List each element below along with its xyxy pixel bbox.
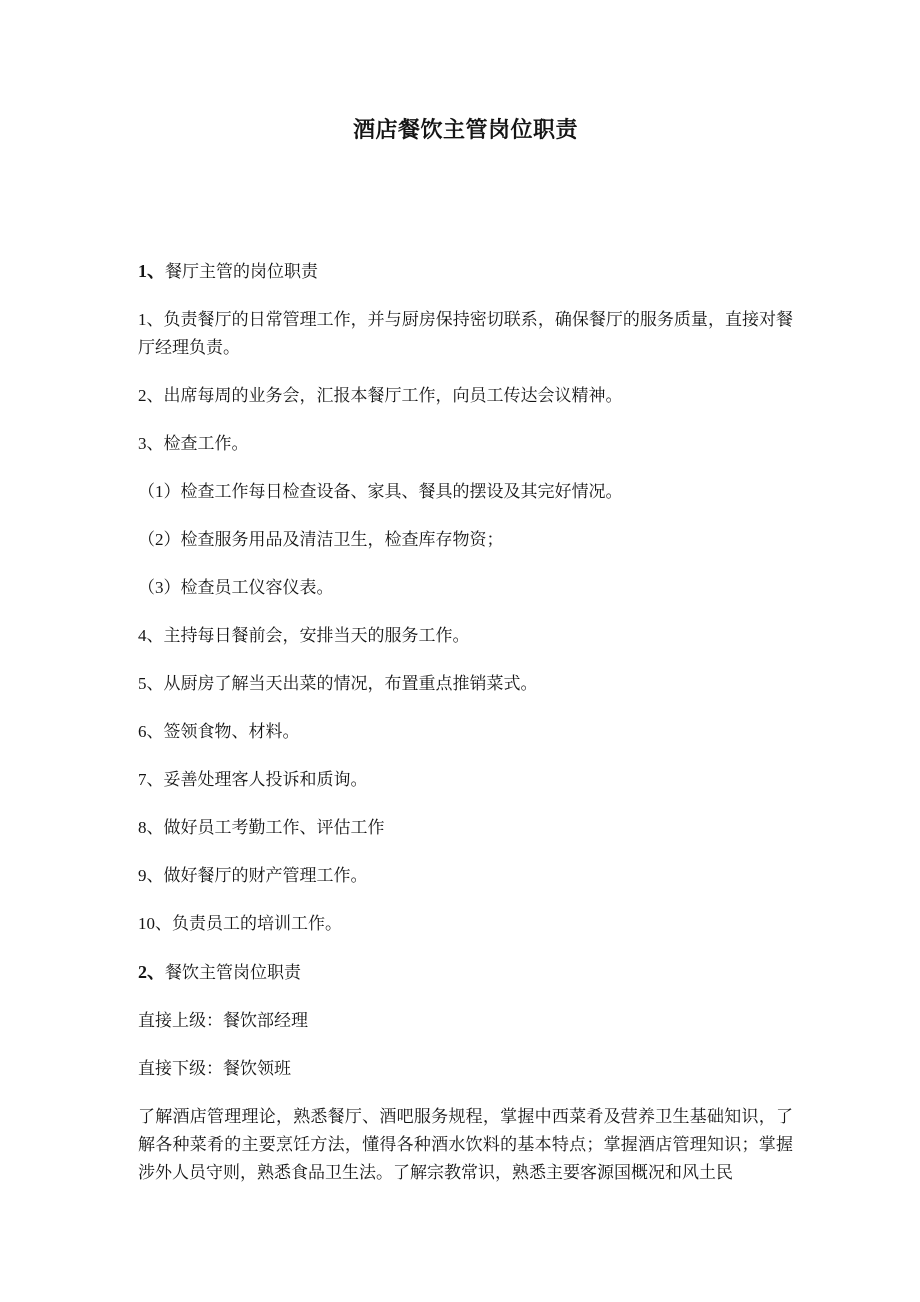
- document-title: 酒店餐饮主管岗位职责: [138, 0, 793, 145]
- paragraph: 直接下级：餐饮领班: [138, 1055, 793, 1083]
- paragraph: 10、负责员工的培训工作。: [138, 910, 793, 938]
- paragraph: 直接上级：餐饮部经理: [138, 1007, 793, 1035]
- section-1-heading-text: 餐厅主管的岗位职责: [165, 262, 318, 281]
- section-2-heading-text: 餐饮主管岗位职责: [165, 963, 301, 982]
- section-2-heading-number: 2、: [138, 962, 165, 982]
- paragraph: 4、主持每日餐前会，安排当天的服务工作。: [138, 622, 793, 650]
- paragraph: 5、从厨房了解当天出菜的情况，布置重点推销菜式。: [138, 670, 793, 698]
- paragraph: 9、做好餐厅的财产管理工作。: [138, 862, 793, 890]
- paragraph: （1）检查工作每日检查设备、家具、餐具的摆设及其完好情况。: [138, 478, 793, 506]
- section-catering-supervisor: 2、餐饮主管岗位职责 直接上级：餐饮部经理 直接下级：餐饮领班 了解酒店管理理论…: [138, 958, 793, 1187]
- section-1-heading-number: 1、: [138, 261, 165, 281]
- section-1-heading: 1、餐厅主管的岗位职责: [138, 257, 793, 286]
- paragraph: 7、妥善处理客人投诉和质询。: [138, 766, 793, 794]
- paragraph: （2）检查服务用品及清洁卫生，检查库存物资；: [138, 526, 793, 554]
- paragraph: 2、出席每周的业务会，汇报本餐厅工作，向员工传达会议精神。: [138, 382, 793, 410]
- paragraph: （3）检查员工仪容仪表。: [138, 574, 793, 602]
- paragraph: 8、做好员工考勤工作、评估工作: [138, 814, 793, 842]
- paragraph: 了解酒店管理理论，熟悉餐厅、酒吧服务规程，掌握中西菜肴及营养卫生基础知识，了解各…: [138, 1103, 793, 1187]
- section-restaurant-supervisor: 1、餐厅主管的岗位职责 1、负责餐厅的日常管理工作，并与厨房保持密切联系，确保餐…: [138, 257, 793, 938]
- section-2-heading: 2、餐饮主管岗位职责: [138, 958, 793, 987]
- title-spacer: [138, 145, 793, 257]
- paragraph: 1、负责餐厅的日常管理工作，并与厨房保持密切联系，确保餐厅的服务质量，直接对餐厅…: [138, 306, 793, 362]
- paragraph: 6、签领食物、材料。: [138, 718, 793, 746]
- document-page: 酒店餐饮主管岗位职责 1、餐厅主管的岗位职责 1、负责餐厅的日常管理工作，并与厨…: [0, 0, 920, 1302]
- paragraph: 3、检查工作。: [138, 430, 793, 458]
